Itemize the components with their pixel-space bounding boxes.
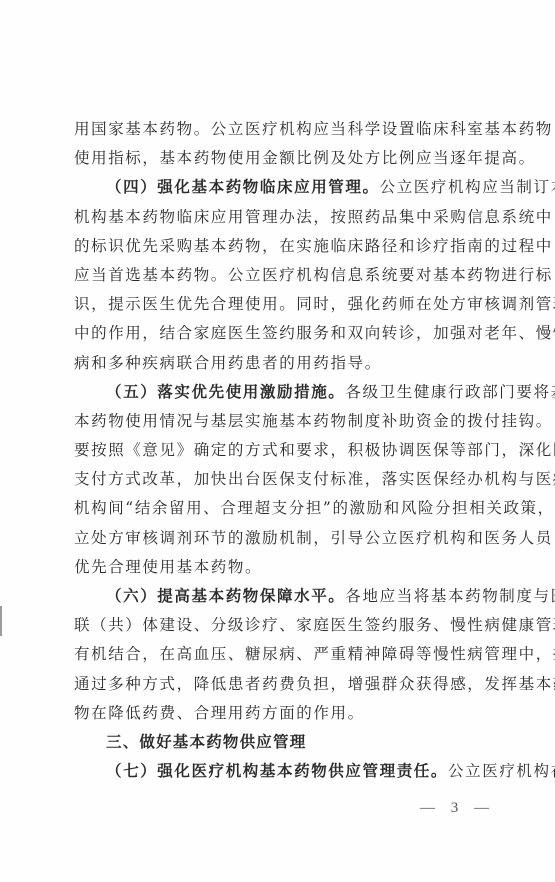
text-line: 中的作用，结合家庭医生签约服务和双向转诊，加强对老年、慢性: [74, 321, 490, 350]
text-line: 有机结合，在高血压、糖尿病、严重精神障碍等慢性病管理中，探索: [74, 642, 490, 671]
paragraph-heading: （五）落实优先使用激励措施。: [106, 382, 345, 401]
paragraph-5-start: （五）落实优先使用激励措施。各级卫生健康行政部门要将基: [74, 380, 490, 409]
text-span: 公立医疗机构在: [448, 762, 555, 780]
text-line: 机构基本药物临床应用管理办法，按照药品集中采购信息系统中: [74, 205, 490, 234]
text-span: 各级卫生健康行政部门要将基: [345, 383, 555, 401]
document-body: 用国家基本药物。公立医疗机构应当科学设置临床科室基本药物 使用指标，基本药物使用…: [74, 117, 490, 788]
text-line: 立处方审核调剂环节的激励机制，引导公立医疗机构和医务人员: [74, 526, 490, 555]
binding-mark: [0, 606, 2, 636]
text-line: 机构间“结余留用、合理超支分担”的激励和风险分担相关政策，建: [74, 496, 490, 525]
paragraph-6-start: （六）提高基本药物保障水平。各地应当将基本药物制度与医: [74, 584, 490, 613]
text-span: 公立医疗机构应当制订本: [380, 178, 555, 196]
text-line: 物在降低药费、合理用药方面的作用。: [74, 701, 490, 730]
section-heading: 三、做好基本药物供应管理: [74, 730, 490, 759]
text-line: 通过多种方式，降低患者药费负担，增强群众获得感，发挥基本药: [74, 672, 490, 701]
text-span: 各地应当将基本药物制度与医: [345, 587, 555, 605]
text-line: 本药物使用情况与基层实施基本药物制度补助资金的拨付挂钩。: [74, 409, 490, 438]
text-line: 支付方式改革，加快出台医保支付标准，落实医保经办机构与医疗: [74, 467, 490, 496]
text-line: 使用指标，基本药物使用金额比例及处方比例应当逐年提高。: [74, 146, 490, 175]
page-number: — 3 —: [420, 800, 495, 817]
paragraph-heading: （四）强化基本药物临床应用管理。: [106, 177, 380, 196]
text-line: 联（共）体建设、分级诊疗、家庭医生签约服务、慢性病健康管理等: [74, 613, 490, 642]
text-line: 优先合理使用基本药物。: [74, 555, 490, 584]
text-line: 的标识优先采购基本药物，在实施临床路径和诊疗指南的过程中: [74, 234, 490, 263]
paragraph-4-start: （四）强化基本药物临床应用管理。公立医疗机构应当制订本: [74, 175, 490, 204]
paragraph-7-start: （七）强化医疗机构基本药物供应管理责任。公立医疗机构在: [74, 759, 490, 788]
text-line: 用国家基本药物。公立医疗机构应当科学设置临床科室基本药物: [74, 117, 490, 146]
text-line: 要按照《意见》确定的方式和要求，积极协调医保等部门，深化医保: [74, 438, 490, 467]
text-line: 识，提示医生优先合理使用。同时，强化药师在处方审核调剂管理: [74, 292, 490, 321]
text-line: 病和多种疾病联合用药患者的用药指导。: [74, 351, 490, 380]
paragraph-heading: （七）强化医疗机构基本药物供应管理责任。: [106, 761, 448, 780]
paragraph-heading: （六）提高基本药物保障水平。: [106, 586, 345, 605]
document-page: 用国家基本药物。公立医疗机构应当科学设置临床科室基本药物 使用指标，基本药物使用…: [0, 0, 555, 882]
text-line: 应当首选基本药物。公立医疗机构信息系统要对基本药物进行标: [74, 263, 490, 292]
